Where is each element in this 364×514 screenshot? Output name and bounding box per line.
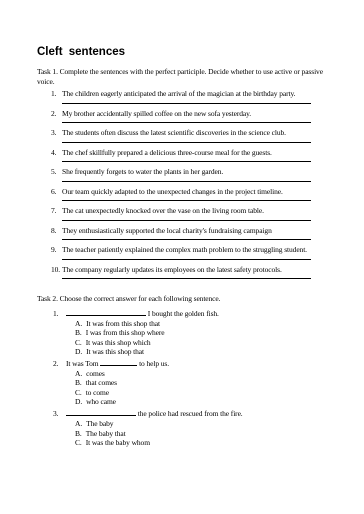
item-text: The students often discuss the latest sc… (62, 128, 334, 138)
options-list: A.The baby B.The baby that C.It was the … (75, 419, 334, 447)
item-text: The chef skillfully prepared a delicious… (62, 148, 334, 158)
task1-item: 1. The children eagerly anticipated the … (37, 89, 334, 104)
option-row: A.The baby (75, 419, 334, 428)
option-row: C.It was the baby whom (75, 438, 334, 447)
task2-list: 1. I bought the golden fish. A.It was fr… (37, 309, 334, 447)
option-text: I was from this shop where (86, 328, 165, 337)
option-text: It was this shop which (86, 338, 151, 347)
item-number: 8. (51, 226, 56, 236)
option-letter: B. (75, 429, 82, 438)
task2-question: 1. I bought the golden fish. A.It was fr… (37, 309, 334, 356)
item-text: The teacher patiently explained the comp… (62, 245, 334, 255)
task2-heading: Task 2. Choose the correct answer for ea… (37, 294, 334, 304)
option-letter: C. (75, 338, 82, 347)
option-letter: D. (75, 347, 82, 356)
option-row: D.who came (75, 397, 334, 406)
item-text: The cat unexpectedly knocked over the va… (62, 206, 334, 216)
answer-blank (62, 122, 311, 123)
item-text: Our team quickly adapted to the unexpect… (62, 187, 334, 197)
answer-blank (62, 259, 311, 260)
option-letter: A. (75, 319, 82, 328)
answer-blank (62, 181, 311, 182)
question-stem: It was Tom to help us. (66, 359, 169, 368)
option-letter: C. (75, 438, 82, 447)
option-row: A.comes (75, 369, 334, 378)
stem-blank (66, 409, 136, 416)
item-number: 1. (51, 89, 56, 99)
item-number: 7. (51, 206, 56, 216)
stem-post: I bought the golden fish. (148, 309, 219, 318)
options-list: A.It was from this shop that B.I was fro… (75, 319, 334, 356)
task1-item: 4. The chef skillfully prepared a delici… (37, 148, 334, 163)
option-letter: A. (75, 369, 82, 378)
option-text: The baby (86, 419, 113, 428)
item-number: 9. (51, 245, 56, 255)
answer-blank (62, 278, 311, 279)
task1-item: 6. Our team quickly adapted to the unexp… (37, 187, 334, 202)
item-text: My brother accidentally spilled coffee o… (62, 109, 334, 119)
task1-item: 3. The students often discuss the latest… (37, 128, 334, 143)
task1-item: 10. The company regularly updates its em… (37, 265, 334, 280)
task1-item: 5. She frequently forgets to water the p… (37, 167, 334, 182)
option-row: C.It was this shop which (75, 338, 334, 347)
option-letter: C. (75, 388, 82, 397)
option-text: who came (86, 397, 116, 406)
question-stem: the police had rescued from the fire. (66, 409, 243, 418)
option-text: It was from this shop that (86, 319, 160, 328)
option-row: B.that comes (75, 378, 334, 387)
task1-item: 8. They enthusiastically supported the l… (37, 226, 334, 241)
item-text: They enthusiastically supported the loca… (62, 226, 334, 236)
item-number: 10. (51, 265, 60, 275)
item-text: The children eagerly anticipated the arr… (62, 89, 334, 99)
task1-item: 2. My brother accidentally spilled coffe… (37, 109, 334, 124)
question-number: 1. (53, 309, 58, 319)
option-text: It was this shop that (86, 347, 144, 356)
item-text: She frequently forgets to water the plan… (62, 167, 334, 177)
answer-blank (62, 161, 311, 162)
task1-list: 1. The children eagerly anticipated the … (37, 89, 334, 279)
item-number: 6. (51, 187, 56, 197)
option-letter: B. (75, 378, 82, 387)
option-row: A.It was from this shop that (75, 319, 334, 328)
item-number: 3. (51, 128, 56, 138)
stem-blank (100, 359, 137, 366)
stem-post: the police had rescued from the fire. (138, 409, 243, 418)
option-letter: B. (75, 328, 82, 337)
stem-blank (66, 309, 146, 316)
options-list: A.comes B.that comes C.to come D.who cam… (75, 369, 334, 406)
option-letter: D. (75, 397, 82, 406)
option-row: B.I was from this shop where (75, 328, 334, 337)
question-number: 3. (53, 409, 58, 419)
answer-blank (62, 142, 311, 143)
task1-item: 9. The teacher patiently explained the c… (37, 245, 334, 260)
option-text: It was the baby whom (86, 438, 150, 447)
task2-question: 3. the police had rescued from the fire.… (37, 409, 334, 447)
item-number: 5. (51, 167, 56, 177)
answer-blank (62, 200, 311, 201)
option-row: C.to come (75, 388, 334, 397)
item-text: The company regularly updates its employ… (62, 265, 334, 275)
answer-blank (62, 103, 311, 104)
task2-question: 2. It was Tom to help us. A.comes B.that… (37, 359, 334, 406)
page-title: Cleft sentences (37, 46, 334, 58)
item-number: 4. (51, 148, 56, 158)
option-text: to come (86, 388, 109, 397)
answer-blank (62, 239, 311, 240)
option-text: that comes (86, 378, 117, 387)
option-row: B.The baby that (75, 429, 334, 438)
stem-post: to help us. (139, 359, 169, 368)
question-stem: I bought the golden fish. (66, 309, 219, 318)
task1-item: 7. The cat unexpectedly knocked over the… (37, 206, 334, 221)
stem-pre: It was Tom (66, 359, 99, 368)
worksheet-page: Cleft sentences Task 1. Complete the sen… (0, 0, 364, 514)
answer-blank (62, 220, 311, 221)
option-text: The baby that (86, 429, 126, 438)
item-number: 2. (51, 109, 56, 119)
option-text: comes (86, 369, 105, 378)
option-letter: A. (75, 419, 82, 428)
task1-heading: Task 1. Complete the sentences with the … (37, 67, 325, 87)
option-row: D.It was this shop that (75, 347, 334, 356)
question-number: 2. (53, 359, 58, 369)
